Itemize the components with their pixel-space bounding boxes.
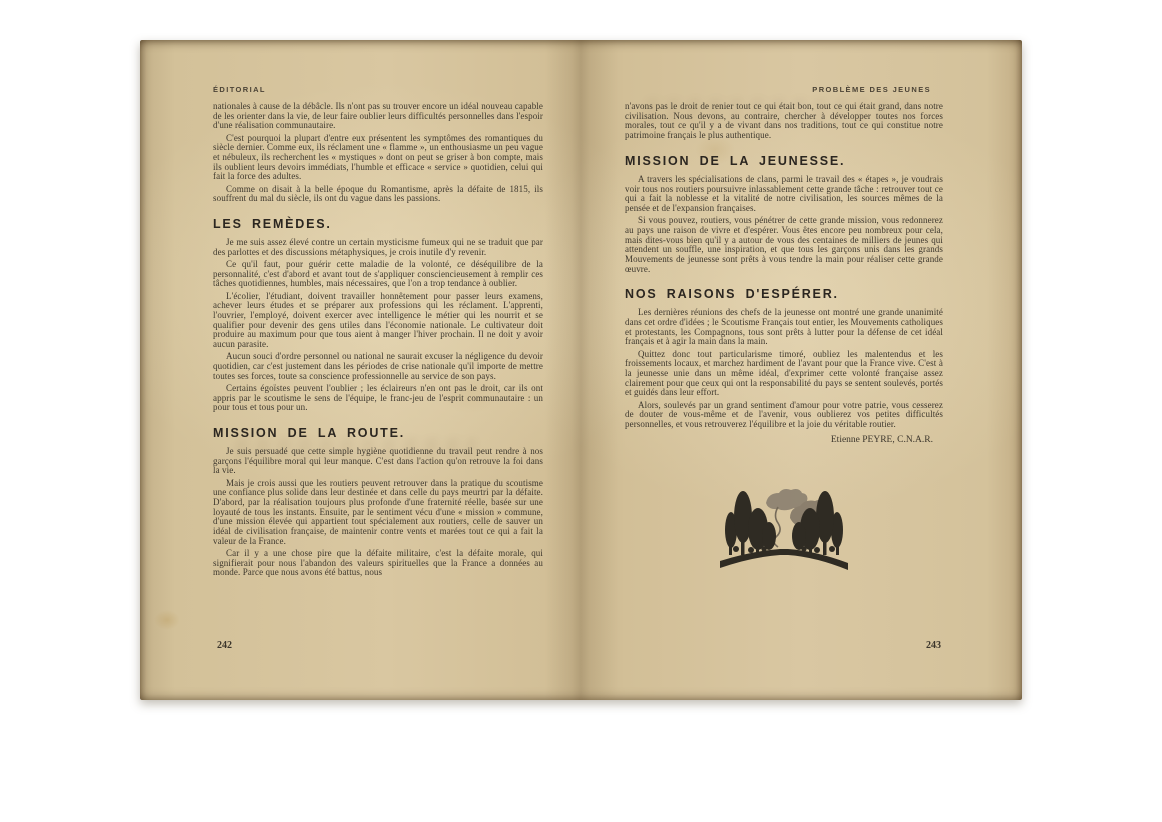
running-head-probleme-des-jeunes: PROBLÈME DES JEUNES (625, 85, 943, 94)
page-number-right: 243 (625, 640, 941, 651)
paragraph: A travers les spécialisations de clans, … (625, 175, 943, 214)
right-page: PROBLÈME DES JEUNES n'avons pas le droit… (625, 85, 943, 573)
author-signature: Etienne PEYRE, C.N.A.R. (625, 435, 943, 445)
paragraph: Quittez donc tout particularisme timoré,… (625, 350, 943, 399)
paragraph: Les dernières réunions des chefs de la j… (625, 308, 943, 347)
paragraph: Comme on disait à la belle époque du Rom… (213, 185, 543, 204)
paragraph: Certains égoïstes peuvent l'oublier ; le… (213, 384, 543, 413)
paragraph: C'est pourquoi la plupart d'entre eux pr… (213, 134, 543, 183)
paragraph: Si vous pouvez, routiers, vous pénétrer … (625, 216, 943, 274)
book-gutter (544, 40, 618, 700)
paragraph: Car il y a une chose pire que la défaite… (213, 549, 543, 578)
section-heading-mission-de-la-route: MISSION DE LA ROUTE. (213, 426, 543, 440)
book-spread: ÉDITORIAL nationales à cause de la débâc… (140, 40, 1022, 700)
road-between-trees-icon (718, 477, 850, 573)
road-ground-shape (720, 549, 848, 570)
section-heading-nos-raisons-desperer: NOS RAISONS D'ESPÉRER. (625, 287, 943, 301)
paragraph: Je me suis assez élevé contre un certain… (213, 238, 543, 257)
paper-stain (154, 610, 180, 630)
paragraph: Alors, soulevés par un grand sentiment d… (625, 401, 943, 430)
left-page: ÉDITORIAL nationales à cause de la débâc… (213, 85, 543, 581)
paragraph: Mais je crois aussi que les routiers peu… (213, 479, 543, 547)
paragraph: Ce qu'il faut, pour guérir cette maladie… (213, 260, 543, 289)
paragraph: L'écolier, l'étudiant, doivent travaille… (213, 292, 543, 350)
page-number-left: 242 (217, 640, 232, 651)
section-heading-les-remedes: LES REMÈDES. (213, 217, 543, 231)
paragraph: n'avons pas le droit de renier tout ce q… (625, 102, 943, 141)
paragraph: Aucun souci d'ordre personnel ou nationa… (213, 352, 543, 381)
paragraph: Je suis persuadé que cette simple hygièn… (213, 447, 543, 476)
section-heading-mission-de-la-jeunesse: MISSION DE LA JEUNESSE. (625, 154, 943, 168)
running-head-editorial: ÉDITORIAL (213, 85, 543, 94)
paragraph: nationales à cause de la débâcle. Ils n'… (213, 102, 543, 131)
